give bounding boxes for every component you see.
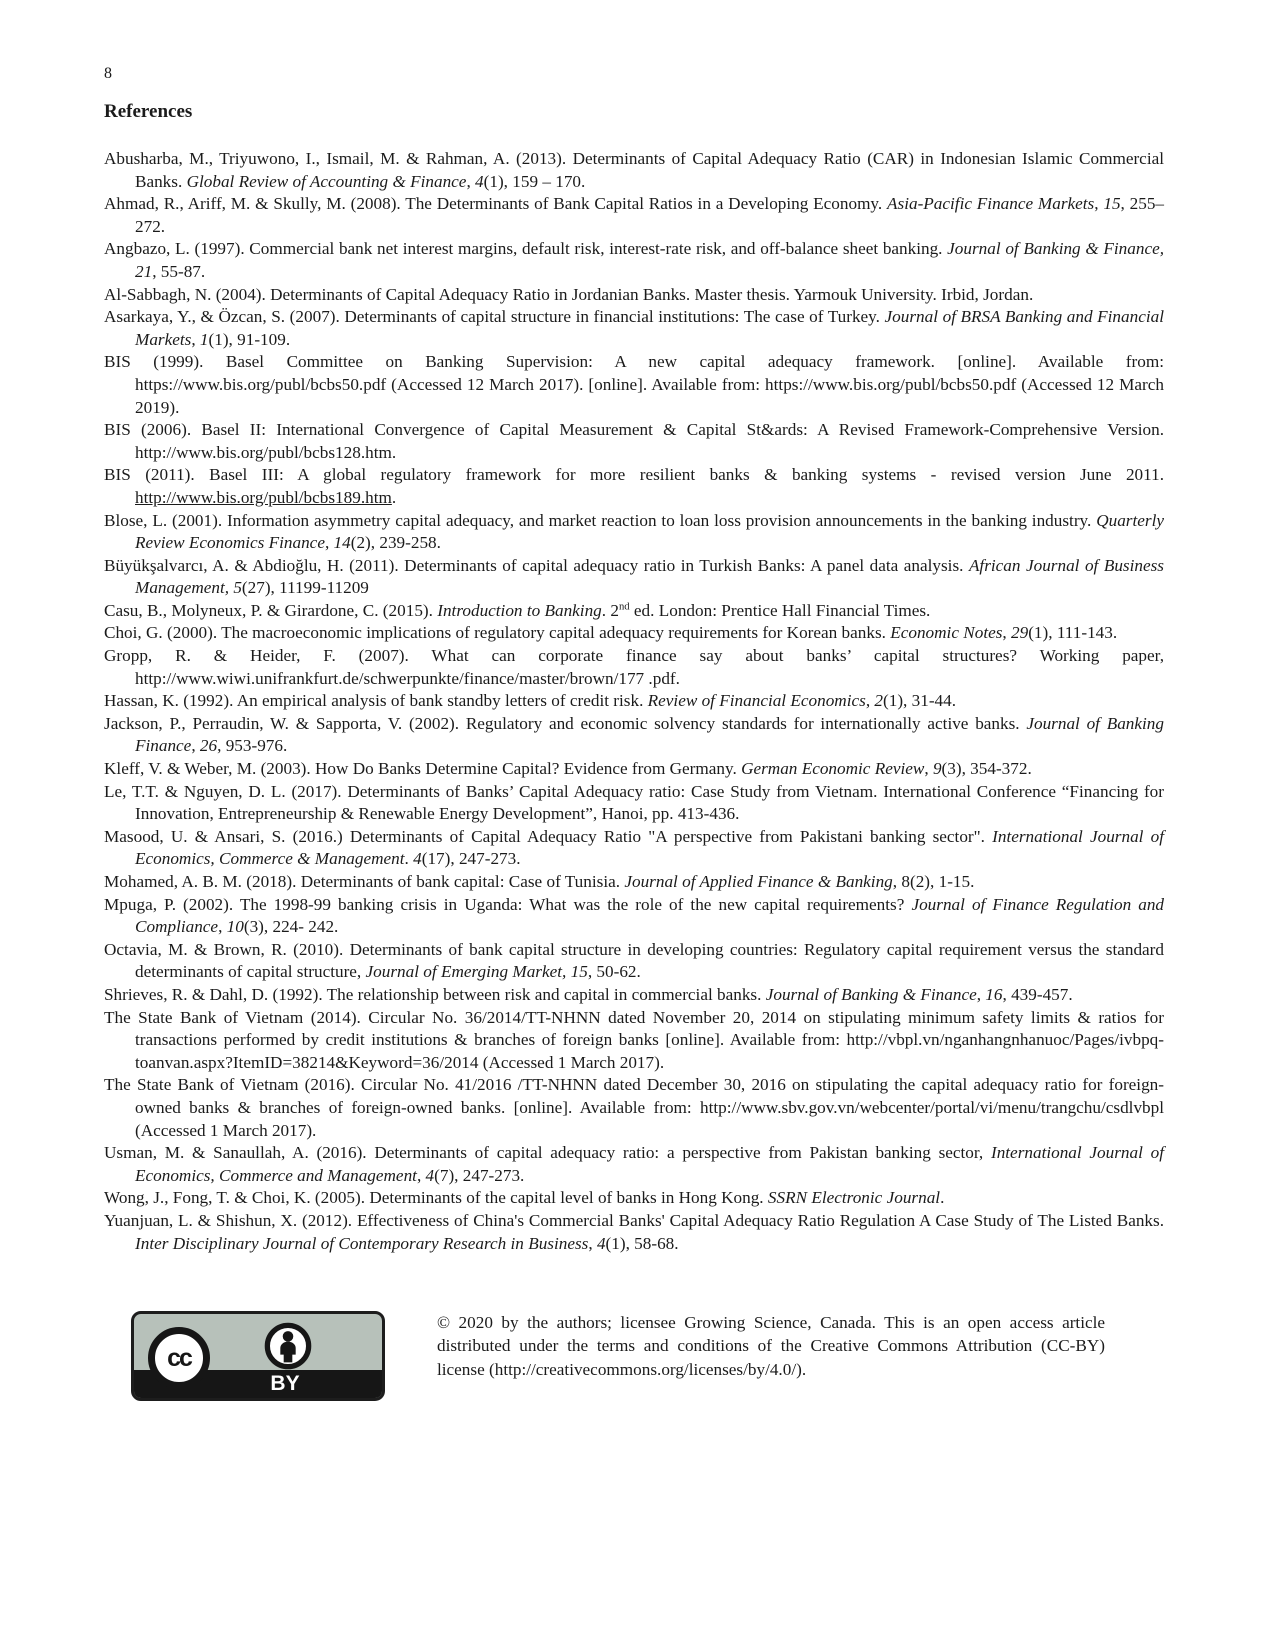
reference-text-run: 26 [200, 736, 217, 755]
reference-entry: Le, T.T. & Nguyen, D. L. (2017). Determi… [104, 781, 1164, 826]
reference-text-run: , [1002, 623, 1011, 642]
paper-page: 8 References Abusharba, M., Triyuwono, I… [0, 0, 1274, 1649]
reference-text-run: Gropp, R. & Heider, F. (2007). What can … [104, 646, 1164, 688]
reference-text-run: , [191, 736, 200, 755]
reference-text-run: BIS (2011). Basel III: A global regulato… [104, 465, 1164, 484]
reference-text-run: (1), 111-143. [1028, 623, 1117, 642]
reference-entry: Jackson, P., Perraudin, W. & Sapporta, V… [104, 713, 1164, 758]
reference-text-run: 16 [985, 985, 1002, 1004]
reference-text-run: Jackson, P., Perraudin, W. & Sapporta, V… [104, 714, 1026, 733]
reference-text-run: , [191, 330, 200, 349]
reference-text-run: . [392, 488, 396, 507]
reference-text-run: 9 [933, 759, 942, 778]
reference-text-run: Inter Disciplinary Journal of Contempora… [135, 1234, 588, 1253]
reference-text-run: The State Bank of Vietnam (2016). Circul… [104, 1075, 1164, 1139]
reference-text-run: The State Bank of Vietnam (2014). Circul… [104, 1008, 1164, 1072]
reference-text-run: 4 [597, 1234, 606, 1253]
reference-text-run: , 50-62. [588, 962, 641, 981]
reference-text-run: Mpuga, P. (2002). The 1998-99 banking cr… [104, 895, 911, 914]
reference-entry: Octavia, M. & Brown, R. (2010). Determin… [104, 939, 1164, 984]
reference-text-run: 29 [1011, 623, 1028, 642]
license-text: © 2020 by the authors; licensee Growing … [437, 1311, 1105, 1381]
reference-text-run: SSRN Electronic Journal [768, 1188, 940, 1207]
reference-entry: Shrieves, R. & Dahl, D. (1992). The rela… [104, 984, 1164, 1007]
reference-text-run: Asarkaya, Y., & Özcan, S. (2007). Determ… [104, 307, 885, 326]
reference-text-run: (7), 247-273. [434, 1166, 524, 1185]
reference-text-run: , 439-457. [1002, 985, 1072, 1004]
cc-by-badge: cc BY [131, 1311, 385, 1401]
reference-entry: BIS (2011). Basel III: A global regulato… [104, 464, 1164, 509]
reference-text-run: BIS (1999). Basel Committee on Banking S… [104, 352, 1164, 416]
reference-text-run: 4 [426, 1166, 435, 1185]
reference-text-run: 14 [334, 533, 351, 552]
reference-text-run: (1), 159 – 170. [484, 172, 586, 191]
reference-text-run: Shrieves, R. & Dahl, D. (1992). The rela… [104, 985, 766, 1004]
reference-text-run: Kleff, V. & Weber, M. (2003). How Do Ban… [104, 759, 741, 778]
reference-text-run: Journal of Applied Finance & Banking [624, 872, 892, 891]
reference-text-run: (1), 58-68. [606, 1234, 679, 1253]
reference-text-run: German Economic Review [741, 759, 924, 778]
license-footer: cc BY © 2020 by the authors; licensee Gr… [104, 1311, 1164, 1401]
references-heading: References [104, 100, 1164, 124]
reference-text-run: Büyükşalvarcı, A. & Abdioğlu, H. (2011).… [104, 556, 969, 575]
reference-entry: Angbazo, L. (1997). Commercial bank net … [104, 238, 1164, 283]
reference-text-run: 1 [200, 330, 209, 349]
reference-entry: Choi, G. (2000). The macroeconomic impli… [104, 622, 1164, 645]
reference-text-run: (1), 31-44. [883, 691, 956, 710]
reference-text-run: BIS (2006). Basel II: International Conv… [104, 420, 1164, 462]
reference-text-run: Al-Sabbagh, N. (2004). Determinants of C… [104, 285, 1033, 304]
reference-text-run: 15 [1103, 194, 1120, 213]
reference-entry: Ahmad, R., Ariff, M. & Skully, M. (2008)… [104, 193, 1164, 238]
cc-logo-icon: cc [148, 1327, 210, 1389]
reference-entry: Mohamed, A. B. M. (2018). Determinants o… [104, 871, 1164, 894]
reference-text-run: Economic Notes [890, 623, 1002, 642]
reference-entry: Mpuga, P. (2002). The 1998-99 banking cr… [104, 894, 1164, 939]
reference-text-run: , [218, 917, 227, 936]
reference-text-run: , [325, 533, 334, 552]
reference-text-run: (27), 11199-11209 [242, 578, 369, 597]
reference-text-run: 4 [413, 849, 422, 868]
reference-list: Abusharba, M., Triyuwono, I., Ismail, M.… [104, 148, 1164, 1255]
reference-text-run: , [417, 1166, 426, 1185]
attribution-person-icon [264, 1322, 312, 1370]
reference-entry: Yuanjuan, L. & Shishun, X. (2012). Effec… [104, 1210, 1164, 1255]
reference-entry: The State Bank of Vietnam (2016). Circul… [104, 1074, 1164, 1142]
reference-text-run: (2), 239-258. [351, 533, 441, 552]
reference-text-run: Choi, G. (2000). The macroeconomic impli… [104, 623, 890, 642]
reference-text-run: Mohamed, A. B. M. (2018). Determinants o… [104, 872, 624, 891]
reference-entry: Blose, L. (2001). Information asymmetry … [104, 510, 1164, 555]
reference-text-run: Usman, M. & Sanaullah, A. (2016). Determ… [104, 1143, 991, 1162]
reference-text-run: (17), 247-273. [422, 849, 521, 868]
page-number: 8 [104, 64, 1164, 84]
reference-text-run: , [588, 1234, 597, 1253]
reference-entry: Al-Sabbagh, N. (2004). Determinants of C… [104, 284, 1164, 307]
reference-text-run: , 953-976. [217, 736, 287, 755]
reference-text-run: Review of Financial Economics [648, 691, 866, 710]
reference-text-run: Yuanjuan, L. & Shishun, X. (2012). Effec… [104, 1211, 1164, 1230]
reference-entry: Hassan, K. (1992). An empirical analysis… [104, 690, 1164, 713]
reference-text-run: (1), 91-109. [209, 330, 291, 349]
reference-text-run: (3), 354-372. [942, 759, 1032, 778]
reference-text-run: . 2 [602, 601, 619, 620]
reference-entry: Gropp, R. & Heider, F. (2007). What can … [104, 645, 1164, 690]
reference-entry: BIS (1999). Basel Committee on Banking S… [104, 351, 1164, 419]
reference-text-run: nd [619, 601, 630, 612]
reference-entry: Casu, B., Molyneux, P. & Girardone, C. (… [104, 600, 1164, 623]
reference-text-run: , [977, 985, 986, 1004]
reference-entry: Wong, J., Fong, T. & Choi, K. (2005). De… [104, 1187, 1164, 1210]
reference-text-run: Journal of Emerging Market, 15 [366, 962, 588, 981]
reference-text-run: (3), 224- 242. [244, 917, 339, 936]
reference-text-run: Introduction to Banking [437, 601, 602, 620]
reference-text-run: Ahmad, R., Ariff, M. & Skully, M. (2008)… [104, 194, 887, 213]
reference-text-run: , 55-87. [152, 262, 205, 281]
reference-entry: Asarkaya, Y., & Özcan, S. (2007). Determ… [104, 306, 1164, 351]
reference-text-run: , [466, 172, 475, 191]
reference-text-run: 2 [874, 691, 883, 710]
reference-entry: BIS (2006). Basel II: International Conv… [104, 419, 1164, 464]
reference-text-run: . [940, 1188, 944, 1207]
reference-text-run: 10 [227, 917, 244, 936]
reference-text-run: Blose, L. (2001). Information asymmetry … [104, 511, 1096, 530]
reference-text-run: Hassan, K. (1992). An empirical analysis… [104, 691, 648, 710]
reference-text-run: Journal of Banking & Finance [766, 985, 977, 1004]
reference-text-run: Casu, B., Molyneux, P. & Girardone, C. (… [104, 601, 437, 620]
reference-entry: Masood, U. & Ansari, S. (2016.) Determin… [104, 826, 1164, 871]
reference-text-run: Angbazo, L. (1997). Commercial bank net … [104, 239, 947, 258]
reference-text-run: Global Review of Accounting & Finance [187, 172, 467, 191]
reference-entry: Abusharba, M., Triyuwono, I., Ismail, M.… [104, 148, 1164, 193]
reference-text-run: Asia-Pacific Finance Markets [887, 194, 1094, 213]
reference-text-run: . [405, 849, 414, 868]
reference-entry: Usman, M. & Sanaullah, A. (2016). Determ… [104, 1142, 1164, 1187]
reference-entry: The State Bank of Vietnam (2014). Circul… [104, 1007, 1164, 1075]
page-content: 8 References Abusharba, M., Triyuwono, I… [104, 64, 1164, 1401]
reference-text-run: , [924, 759, 933, 778]
reference-entry: Kleff, V. & Weber, M. (2003). How Do Ban… [104, 758, 1164, 781]
reference-text-run: Wong, J., Fong, T. & Choi, K. (2005). De… [104, 1188, 768, 1207]
reference-text-run: Masood, U. & Ansari, S. (2016.) Determin… [104, 827, 992, 846]
reference-text-run: , [1094, 194, 1103, 213]
reference-text-run: , 8(2), 1-15. [893, 872, 975, 891]
reference-text-run: Le, T.T. & Nguyen, D. L. (2017). Determi… [104, 782, 1164, 824]
reference-text-run: ed. London: Prentice Hall Financial Time… [630, 601, 931, 620]
reference-entry: Büyükşalvarcı, A. & Abdioğlu, H. (2011).… [104, 555, 1164, 600]
link-url[interactable]: http://www.bis.org/publ/bcbs189.htm [135, 488, 392, 507]
reference-text-run: 4 [475, 172, 484, 191]
